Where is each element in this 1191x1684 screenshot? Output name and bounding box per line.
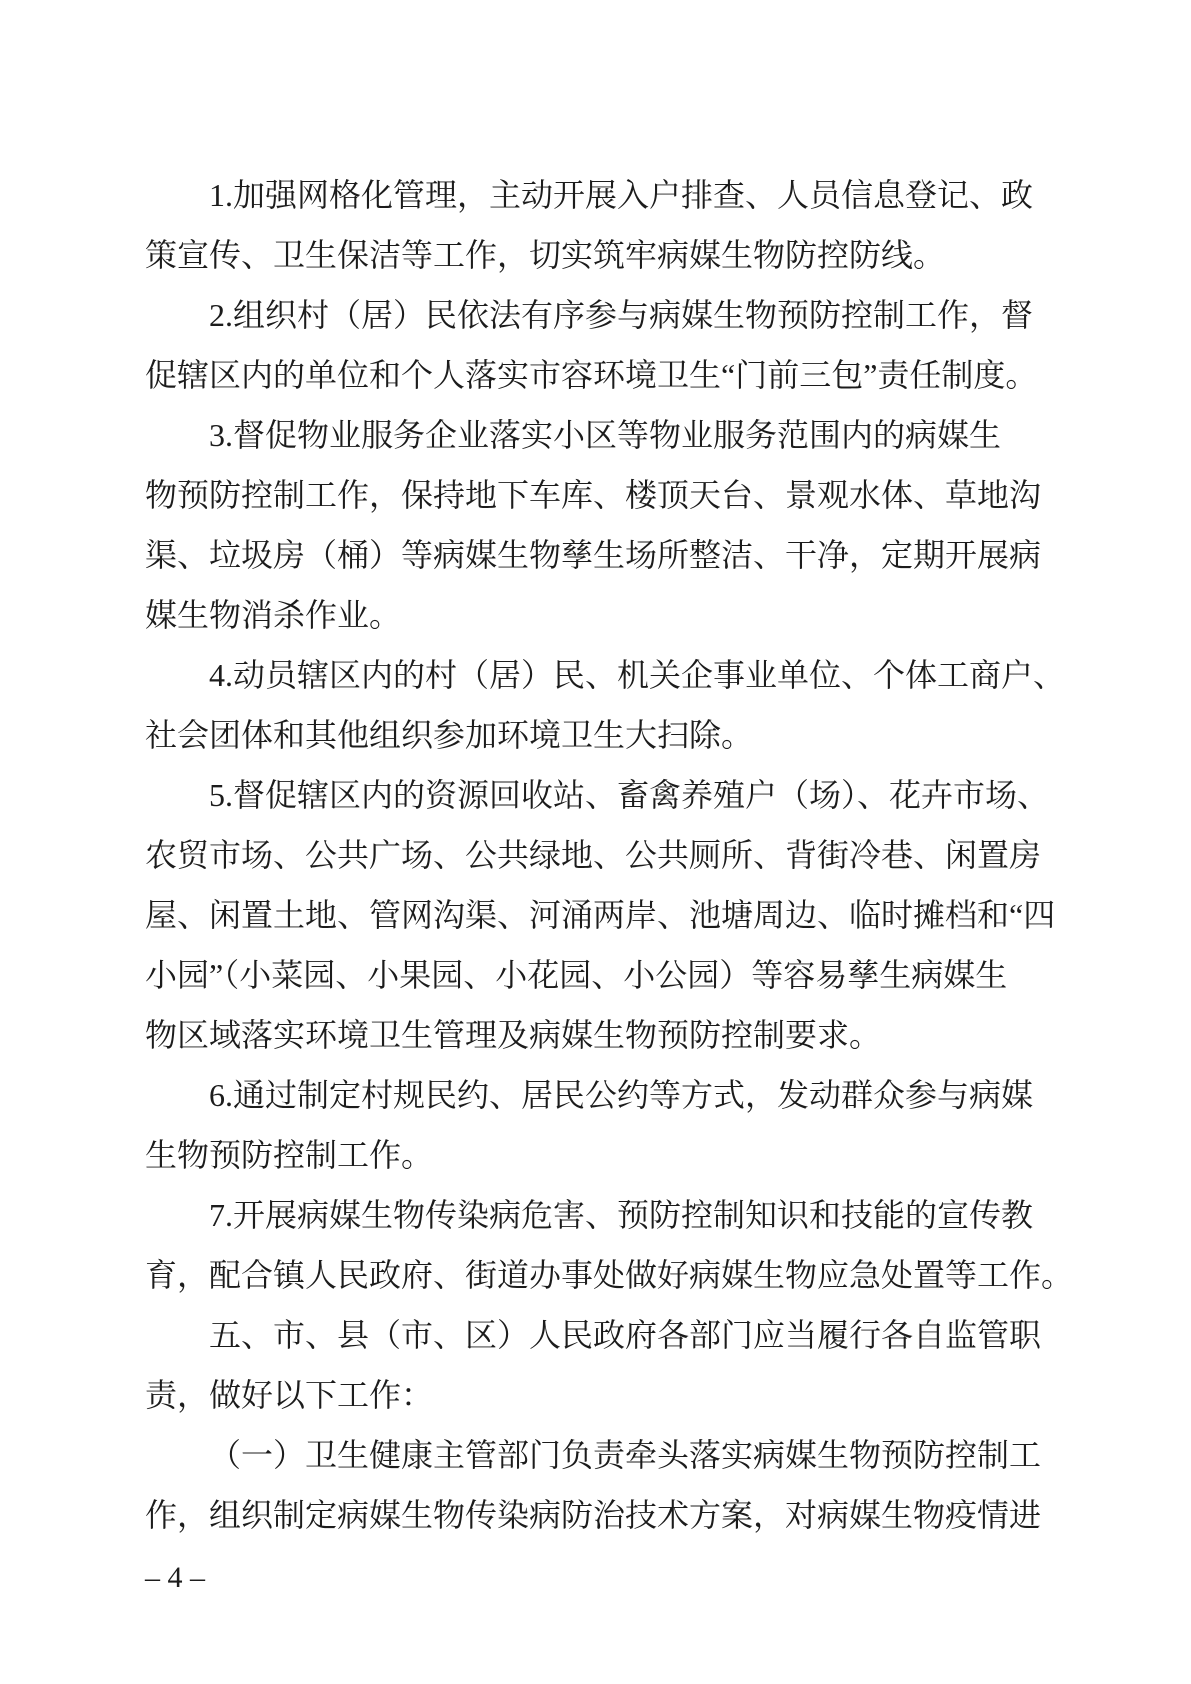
text-line: 策宣传、卫生保洁等工作，切实筑牢病媒生物防控防线。	[145, 225, 1041, 285]
text-line: 生物预防控制工作。	[145, 1125, 1041, 1185]
paragraph-subsection-1: （一）卫生健康主管部门负责牵头落实病媒生物预防控制工 作，组织制定病媒生物传染病…	[145, 1425, 1041, 1545]
text-line: 4.动员辖区内的村（居）民、机关企事业单位、个体工商户、	[145, 645, 1041, 705]
text-line: 3.督促物业服务企业落实小区等物业服务范围内的病媒生	[145, 405, 1041, 465]
paragraph-item-7: 7.开展病媒生物传染病危害、预防控制知识和技能的宣传教 育，配合镇人民政府、街道…	[145, 1185, 1041, 1305]
text-line: 1.加强网格化管理，主动开展入户排查、人员信息登记、政	[145, 165, 1041, 225]
text-line: （一）卫生健康主管部门负责牵头落实病媒生物预防控制工	[145, 1425, 1041, 1485]
text-line: 育，配合镇人民政府、街道办事处做好病媒生物应急处置等工作。	[145, 1245, 1041, 1305]
text-line: 6.通过制定村规民约、居民公约等方式，发动群众参与病媒	[145, 1065, 1041, 1125]
paragraph-item-3: 3.督促物业服务企业落实小区等物业服务范围内的病媒生 物预防控制工作，保持地下车…	[145, 405, 1041, 645]
paragraph-section-5: 五、市、县（市、区）人民政府各部门应当履行各自监管职 责，做好以下工作：	[145, 1305, 1041, 1425]
paragraph-item-2: 2.组织村（居）民依法有序参与病媒生物预防控制工作，督 促辖区内的单位和个人落实…	[145, 285, 1041, 405]
text-line: 5.督促辖区内的资源回收站、畜禽养殖户（场）、花卉市场、	[145, 765, 1041, 825]
text-line: 2.组织村（居）民依法有序参与病媒生物预防控制工作，督	[145, 285, 1041, 345]
text-line: 责，做好以下工作：	[145, 1365, 1041, 1425]
text-line: 小园”（小菜园、小果园、小花园、小公园）等容易孳生病媒生	[145, 945, 1041, 1005]
text-line: 屋、闲置土地、管网沟渠、河涌两岸、池塘周边、临时摊档和“四	[145, 885, 1041, 945]
document-body: 1.加强网格化管理，主动开展入户排查、人员信息登记、政 策宣传、卫生保洁等工作，…	[145, 165, 1041, 1545]
text-line: 五、市、县（市、区）人民政府各部门应当履行各自监管职	[145, 1305, 1041, 1365]
text-line: 物区域落实环境卫生管理及病媒生物预防控制要求。	[145, 1005, 1041, 1065]
text-line: 农贸市场、公共广场、公共绿地、公共厕所、背街冷巷、闲置房	[145, 825, 1041, 885]
paragraph-item-1: 1.加强网格化管理，主动开展入户排查、人员信息登记、政 策宣传、卫生保洁等工作，…	[145, 165, 1041, 285]
text-line: 物预防控制工作，保持地下车库、楼顶天台、景观水体、草地沟	[145, 465, 1041, 525]
page-number: – 4 –	[145, 1556, 205, 1600]
text-line: 促辖区内的单位和个人落实市容环境卫生“门前三包”责任制度。	[145, 345, 1041, 405]
paragraph-item-6: 6.通过制定村规民约、居民公约等方式，发动群众参与病媒 生物预防控制工作。	[145, 1065, 1041, 1185]
paragraph-item-4: 4.动员辖区内的村（居）民、机关企事业单位、个体工商户、 社会团体和其他组织参加…	[145, 645, 1041, 765]
text-line: 作，组织制定病媒生物传染病防治技术方案，对病媒生物疫情进	[145, 1485, 1041, 1545]
paragraph-item-5: 5.督促辖区内的资源回收站、畜禽养殖户（场）、花卉市场、 农贸市场、公共广场、公…	[145, 765, 1041, 1065]
text-line: 媒生物消杀作业。	[145, 585, 1041, 645]
text-line: 7.开展病媒生物传染病危害、预防控制知识和技能的宣传教	[145, 1185, 1041, 1245]
text-line: 社会团体和其他组织参加环境卫生大扫除。	[145, 705, 1041, 765]
document-page: 1.加强网格化管理，主动开展入户排查、人员信息登记、政 策宣传、卫生保洁等工作，…	[0, 0, 1191, 1684]
text-line: 渠、垃圾房（桶）等病媒生物孳生场所整洁、干净，定期开展病	[145, 525, 1041, 585]
